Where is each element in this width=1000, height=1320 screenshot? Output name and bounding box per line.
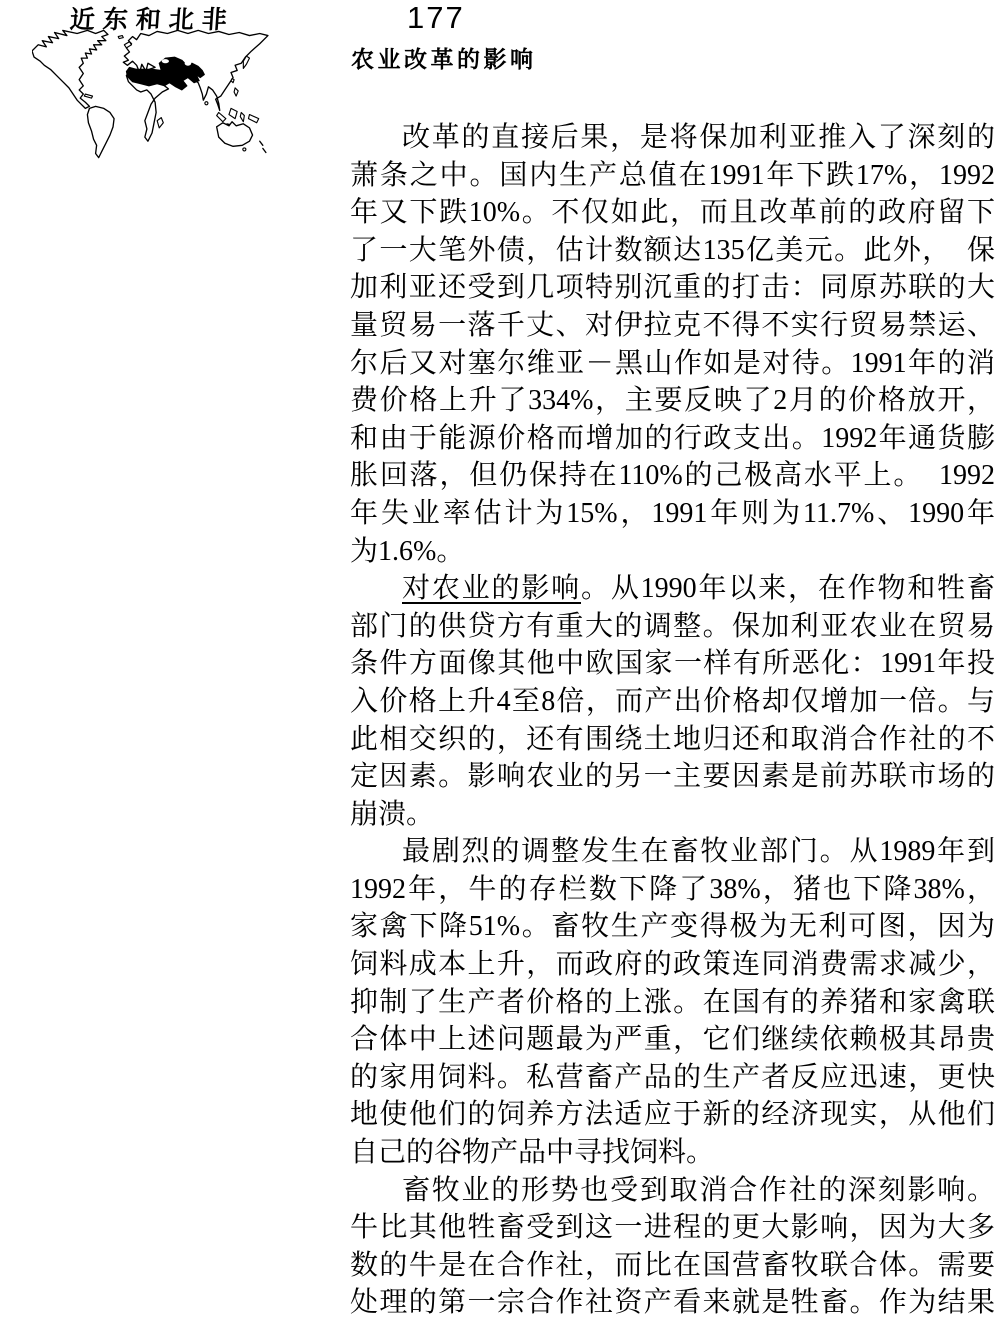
text-line: 量贸易一落千丈、对伊拉克不得不实行贸易禁运、 — [350, 307, 995, 345]
afro-eurasia-outline — [123, 30, 268, 141]
south-america-outline — [87, 106, 114, 157]
north-america-outline — [32, 30, 108, 108]
text-line: 尔后又对塞尔维亚－黑山作如是对待。1991年的消 — [350, 345, 995, 383]
text-line: 饲料成本上升，而政府的政策连同消费需求减少， — [350, 946, 995, 984]
text-line: 的家用饲料。私营畜产品的生产者反应迅速，更快 — [350, 1059, 995, 1097]
text-line: 年又下跌10%。不仅如此，而且改革前的政府留下 — [350, 194, 995, 232]
text-line: 自己的谷物产品中寻找饲料。 — [350, 1134, 995, 1172]
world-map-svg — [32, 26, 270, 160]
sulawesi — [240, 112, 244, 121]
text-line: 牛比其他牲畜受到这一进程的更大影响，因为大多 — [350, 1209, 995, 1247]
text-line: 部门的供贷方有重大的调整。保加利亚农业在贸易 — [350, 608, 995, 646]
text-line: 为1.6%。 — [350, 533, 995, 571]
text-line: 崩溃。 — [350, 796, 995, 834]
australia-outline — [217, 122, 253, 147]
text-line: 数的牛是在合作社，而比在国营畜牧联合体。需要 — [350, 1247, 995, 1285]
sri-lanka — [205, 102, 208, 105]
text-line: 费价格上升了334%，主要反映了2月的价格放开， — [350, 382, 995, 420]
taiwan — [231, 79, 234, 83]
sumatra — [217, 112, 226, 121]
section-title: 农业改革的影响 — [351, 41, 537, 74]
new-guinea — [248, 115, 258, 123]
madagascar — [157, 118, 163, 128]
region-map — [32, 26, 270, 160]
underlined-phrase: 对农业的影响 — [402, 573, 581, 604]
text-line: 和由于能源价格而增加的行政支出。1992年通货膨 — [350, 420, 995, 458]
text-line: 抑制了生产者价格的上涨。在国有的养猪和家禽联 — [350, 984, 995, 1022]
text-line: 对农业的影响。从1990年以来，在作物和牲畜 — [350, 570, 995, 608]
philippines — [234, 88, 238, 96]
text-line: 家禽下降51%。畜牧生产变得极为无利可图，因为 — [350, 908, 995, 946]
scanned-book-page: 近东和北非 — [0, 0, 1000, 1320]
text-line: 萧条之中。国内生产总值在1991年下跌17%，1992 — [350, 157, 995, 195]
borneo — [229, 108, 237, 118]
text-line: 条件方面像其他中欧国家一样有所恶化：1991年投 — [350, 645, 995, 683]
caspian-sea-spot — [185, 61, 192, 66]
tasmania — [243, 148, 246, 151]
text-line: 胀回落，但仍保持在110%的己极高水平上。 1992 — [350, 457, 995, 495]
text-line: 1992年，牛的存栏数下降了38%，猪也下降38%， — [350, 871, 995, 909]
page-number: 177 — [407, 0, 465, 36]
text-line: 处理的第一宗合作社资产看来就是牲畜。作为结果 — [350, 1284, 995, 1320]
new-zealand — [260, 141, 266, 152]
text-line: 此相交织的，还有围绕土地归还和取消合作社的不 — [350, 721, 995, 759]
caribbean-islands — [84, 94, 92, 98]
iceland — [118, 36, 123, 39]
text-line: 地使他们的饲养方法适应于新的经济现实，从他们 — [350, 1096, 995, 1134]
text-line: 了一大笔外债，估计数额达135亿美元。此外， 保 — [350, 232, 995, 270]
text-line: 合体中上述问题最为严重，它们继续依赖极其昂贵 — [350, 1021, 995, 1059]
text-line: 年失业率估计为15%，1991年则为11.7%、1990年 — [350, 495, 995, 533]
black-sea-spot — [162, 59, 169, 63]
text-line: 最剧烈的调整发生在畜牧业部门。从1989年到 — [350, 833, 995, 871]
text-line: 改革的直接后果，是将保加利亚推入了深刻的 — [350, 119, 995, 157]
text-line: 加利亚还受到几项特别沉重的打击：同原苏联的大 — [350, 269, 995, 307]
text-line: 入价格上升4至8倍，而产出价格却仅增加一倍。与 — [350, 683, 995, 721]
body-text: 改革的直接后果，是将保加利亚推入了深刻的萧条之中。国内生产总值在1991年下跌1… — [350, 119, 995, 1320]
text-line: 定因素。影响农业的另一主要因素是前苏联市场的 — [350, 758, 995, 796]
text-line: 畜牧业的形势也受到取消合作社的深刻影响。 — [350, 1172, 995, 1210]
